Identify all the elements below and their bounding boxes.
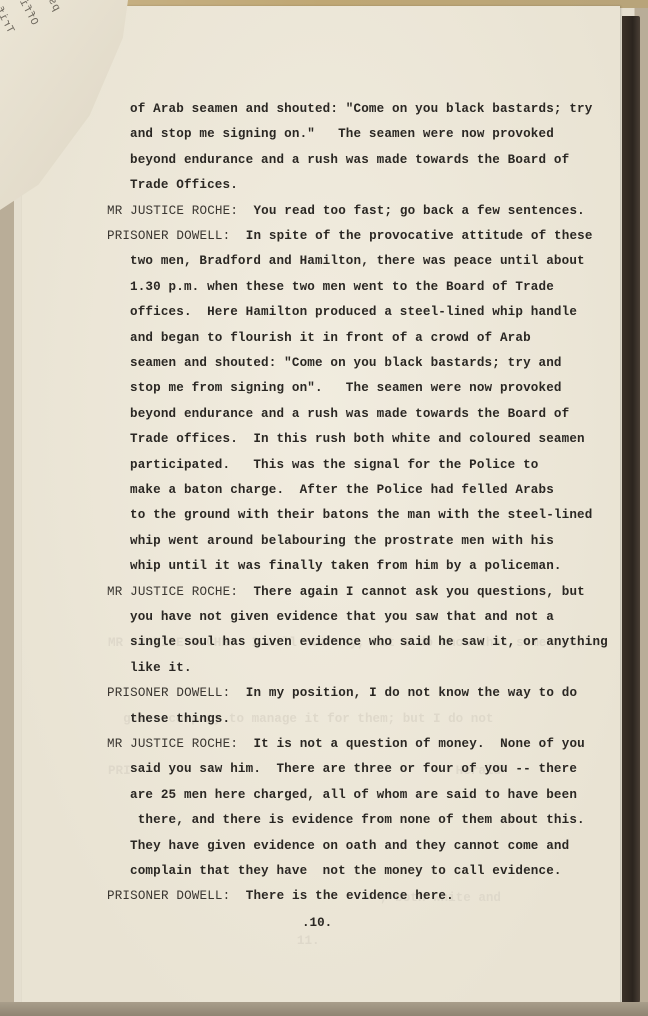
speaker-line: MR JUSTICE ROCHE: It is not a question o… <box>107 736 585 752</box>
transcript-line: Trade offices. In this rush both white a… <box>130 431 585 447</box>
line-text: two men, Bradford and Hamilton, there wa… <box>130 254 585 268</box>
speaker-name: MR JUSTICE ROCHE: <box>107 737 238 751</box>
line-text: and stop me signing on." The seamen were… <box>130 127 554 141</box>
transcript-line: like it. <box>130 660 192 676</box>
speaker-line: PRISONER DOWELL: There is the evidence h… <box>107 888 454 904</box>
line-text: complain that they have not the money to… <box>130 864 562 878</box>
line-text: They have given evidence on oath and the… <box>130 839 569 853</box>
speaker-line: MR JUSTICE ROCHE: There again I cannot a… <box>107 584 585 600</box>
transcript-line: and stop me signing on." The seamen were… <box>130 126 554 142</box>
transcript-line: to the ground with their batons the man … <box>130 507 592 523</box>
transcript-line: said you saw him. There are three or fou… <box>130 761 577 777</box>
transcript-line: participated. This was the signal for th… <box>130 457 539 473</box>
transcript-line: are 25 men here charged, all of whom are… <box>130 787 577 803</box>
transcript-line: offices. Here Hamilton produced a steel-… <box>130 304 577 320</box>
speaker-line: PRISONER DOWELL: In spite of the provoca… <box>107 228 593 244</box>
line-text: In spite of the provocative attitude of … <box>230 229 592 243</box>
transcript-line: two men, Bradford and Hamilton, there wa… <box>130 253 585 269</box>
speaker-line: MR JUSTICE ROCHE: You read too fast; go … <box>107 203 585 219</box>
transcript-line: They have given evidence on oath and the… <box>130 838 569 854</box>
transcript-line: single soul has given evidence who said … <box>130 634 608 650</box>
transcript-line: complain that they have not the money to… <box>130 863 562 879</box>
line-text: 1.30 p.m. when these two men went to the… <box>130 280 554 294</box>
typed-transcript: MR JUSTICE ROCHE: I will not say, but I … <box>0 0 648 1016</box>
line-text: said you saw him. There are three or fou… <box>130 762 577 776</box>
transcript-line: Trade Offices. <box>130 177 238 193</box>
transcript-line: 1.30 p.m. when these two men went to the… <box>130 279 554 295</box>
line-text: seamen and shouted: "Come on you black b… <box>130 356 562 370</box>
transcript-line: beyond endurance and a rush was made tow… <box>130 406 569 422</box>
line-text: there, and there is evidence from none o… <box>130 813 585 827</box>
line-text: whip until it was finally taken from him… <box>130 559 562 573</box>
line-text: like it. <box>130 661 192 675</box>
transcript-line: stop me from signing on". The seamen wer… <box>130 380 562 396</box>
speaker-name: MR JUSTICE ROCHE: <box>107 204 238 218</box>
page-number: .10. <box>302 916 332 930</box>
speaker-name: MR JUSTICE ROCHE: <box>107 585 238 599</box>
transcript-line: these things. <box>130 711 230 727</box>
transcript-line: make a baton charge. After the Police ha… <box>130 482 554 498</box>
line-text: offices. Here Hamilton produced a steel-… <box>130 305 577 319</box>
line-text: In my position, I do not know the way to… <box>230 686 577 700</box>
transcript-line: of Arab seamen and shouted: "Come on you… <box>130 101 592 117</box>
transcript-line: seamen and shouted: "Come on you black b… <box>130 355 562 371</box>
transcript-line: and began to flourish it in front of a c… <box>130 330 531 346</box>
line-text: of Arab seamen and shouted: "Come on you… <box>130 102 592 116</box>
transcript-line: beyond endurance and a rush was made tow… <box>130 152 569 168</box>
transcript-line: whip until it was finally taken from him… <box>130 558 562 574</box>
speaker-line: PRISONER DOWELL: In my position, I do no… <box>107 685 577 701</box>
line-text: There is the evidence here. <box>230 889 454 903</box>
transcript-line: whip went around belabouring the prostra… <box>130 533 554 549</box>
line-text: you have not given evidence that you saw… <box>130 610 554 624</box>
line-text: participated. This was the signal for th… <box>130 458 539 472</box>
line-text: single soul has given evidence who said … <box>130 635 608 649</box>
speaker-name: PRISONER DOWELL: <box>107 889 230 903</box>
line-text: are 25 men here charged, all of whom are… <box>130 788 577 802</box>
line-text: There again I cannot ask you questions, … <box>238 585 585 599</box>
line-text: It is not a question of money. None of y… <box>238 737 585 751</box>
line-text: beyond endurance and a rush was made tow… <box>130 407 569 421</box>
line-text: Trade offices. In this rush both white a… <box>130 432 585 446</box>
speaker-name: PRISONER DOWELL: <box>107 686 230 700</box>
speaker-name: PRISONER DOWELL: <box>107 229 230 243</box>
line-text: You read too fast; go back a few sentenc… <box>238 204 585 218</box>
line-text: and began to flourish it in front of a c… <box>130 331 531 345</box>
line-text: to the ground with their batons the man … <box>130 508 592 522</box>
line-text: stop me from signing on". The seamen wer… <box>130 381 562 395</box>
line-text: make a baton charge. After the Police ha… <box>130 483 554 497</box>
show-through-text: 11. <box>108 934 320 948</box>
line-text: beyond endurance and a rush was made tow… <box>130 153 569 167</box>
transcript-line: you have not given evidence that you saw… <box>130 609 554 625</box>
line-text: these things. <box>130 712 230 726</box>
transcript-line: there, and there is evidence from none o… <box>130 812 585 828</box>
line-text: whip went around belabouring the prostra… <box>130 534 554 548</box>
line-text: Trade Offices. <box>130 178 238 192</box>
